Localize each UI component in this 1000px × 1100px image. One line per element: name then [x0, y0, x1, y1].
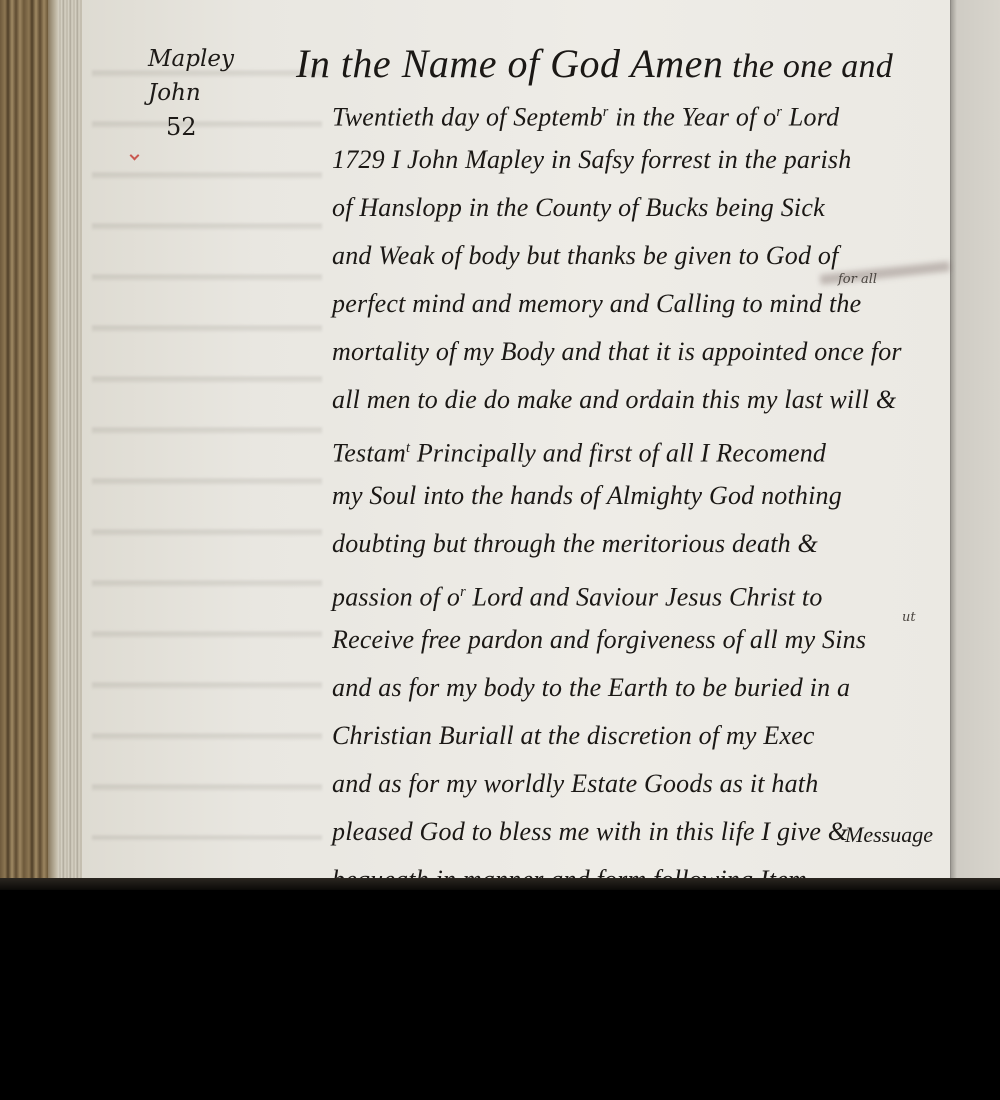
catchword: Messuage — [845, 822, 933, 848]
text-line-1: In the Name of God Amen the one and — [296, 40, 946, 88]
text-line-14: and as for my body to the Earth to be bu… — [296, 664, 946, 712]
page-edges — [58, 0, 82, 890]
text-line-15: Christian Buriall at the discretion of m… — [296, 712, 946, 760]
entry-number: 52 — [148, 110, 234, 144]
text-line-10: my Soul into the hands of Almighty God n… — [296, 472, 946, 520]
text-line-3: 1729 I John Mapley in Safsy forrest in t… — [296, 136, 946, 184]
book-spine — [0, 0, 58, 890]
facing-page-edge — [950, 0, 1000, 878]
will-heading: In the Name of God Amen — [296, 41, 723, 86]
page-bottom-shadow — [0, 878, 1000, 890]
text-line-7: mortality of my Body and that it is appo… — [296, 328, 946, 376]
text-line-2: Twentieth day of Septembr in the Year of… — [296, 88, 946, 136]
interlinear-note-ut: ut — [902, 610, 916, 625]
will-text: In the Name of God Amen the one and Twen… — [296, 40, 946, 890]
document-scan: Mapley John 52 In the Name of God Amen t… — [0, 0, 1000, 890]
text-line-16: and as for my worldly Estate Goods as it… — [296, 760, 946, 808]
margin-surname: Mapley — [148, 42, 234, 76]
text-line-9: Testamt Principally and first of all I R… — [296, 424, 946, 472]
interlinear-note-for-all: for all — [838, 272, 877, 287]
text-line-8: all men to die do make and ordain this m… — [296, 376, 946, 424]
text-line-13: Receive free pardon and forgiveness of a… — [296, 616, 946, 664]
margin-forename: John — [148, 76, 234, 110]
text-line-4: of Hanslopp in the County of Bucks being… — [296, 184, 946, 232]
text-line-12: passion of or Lord and Saviour Jesus Chr… — [296, 568, 946, 616]
text-line-6: perfect mind and memory and Calling to m… — [296, 280, 946, 328]
text-line-11: doubting but through the meritorious dea… — [296, 520, 946, 568]
margin-note: Mapley John 52 — [148, 42, 234, 144]
